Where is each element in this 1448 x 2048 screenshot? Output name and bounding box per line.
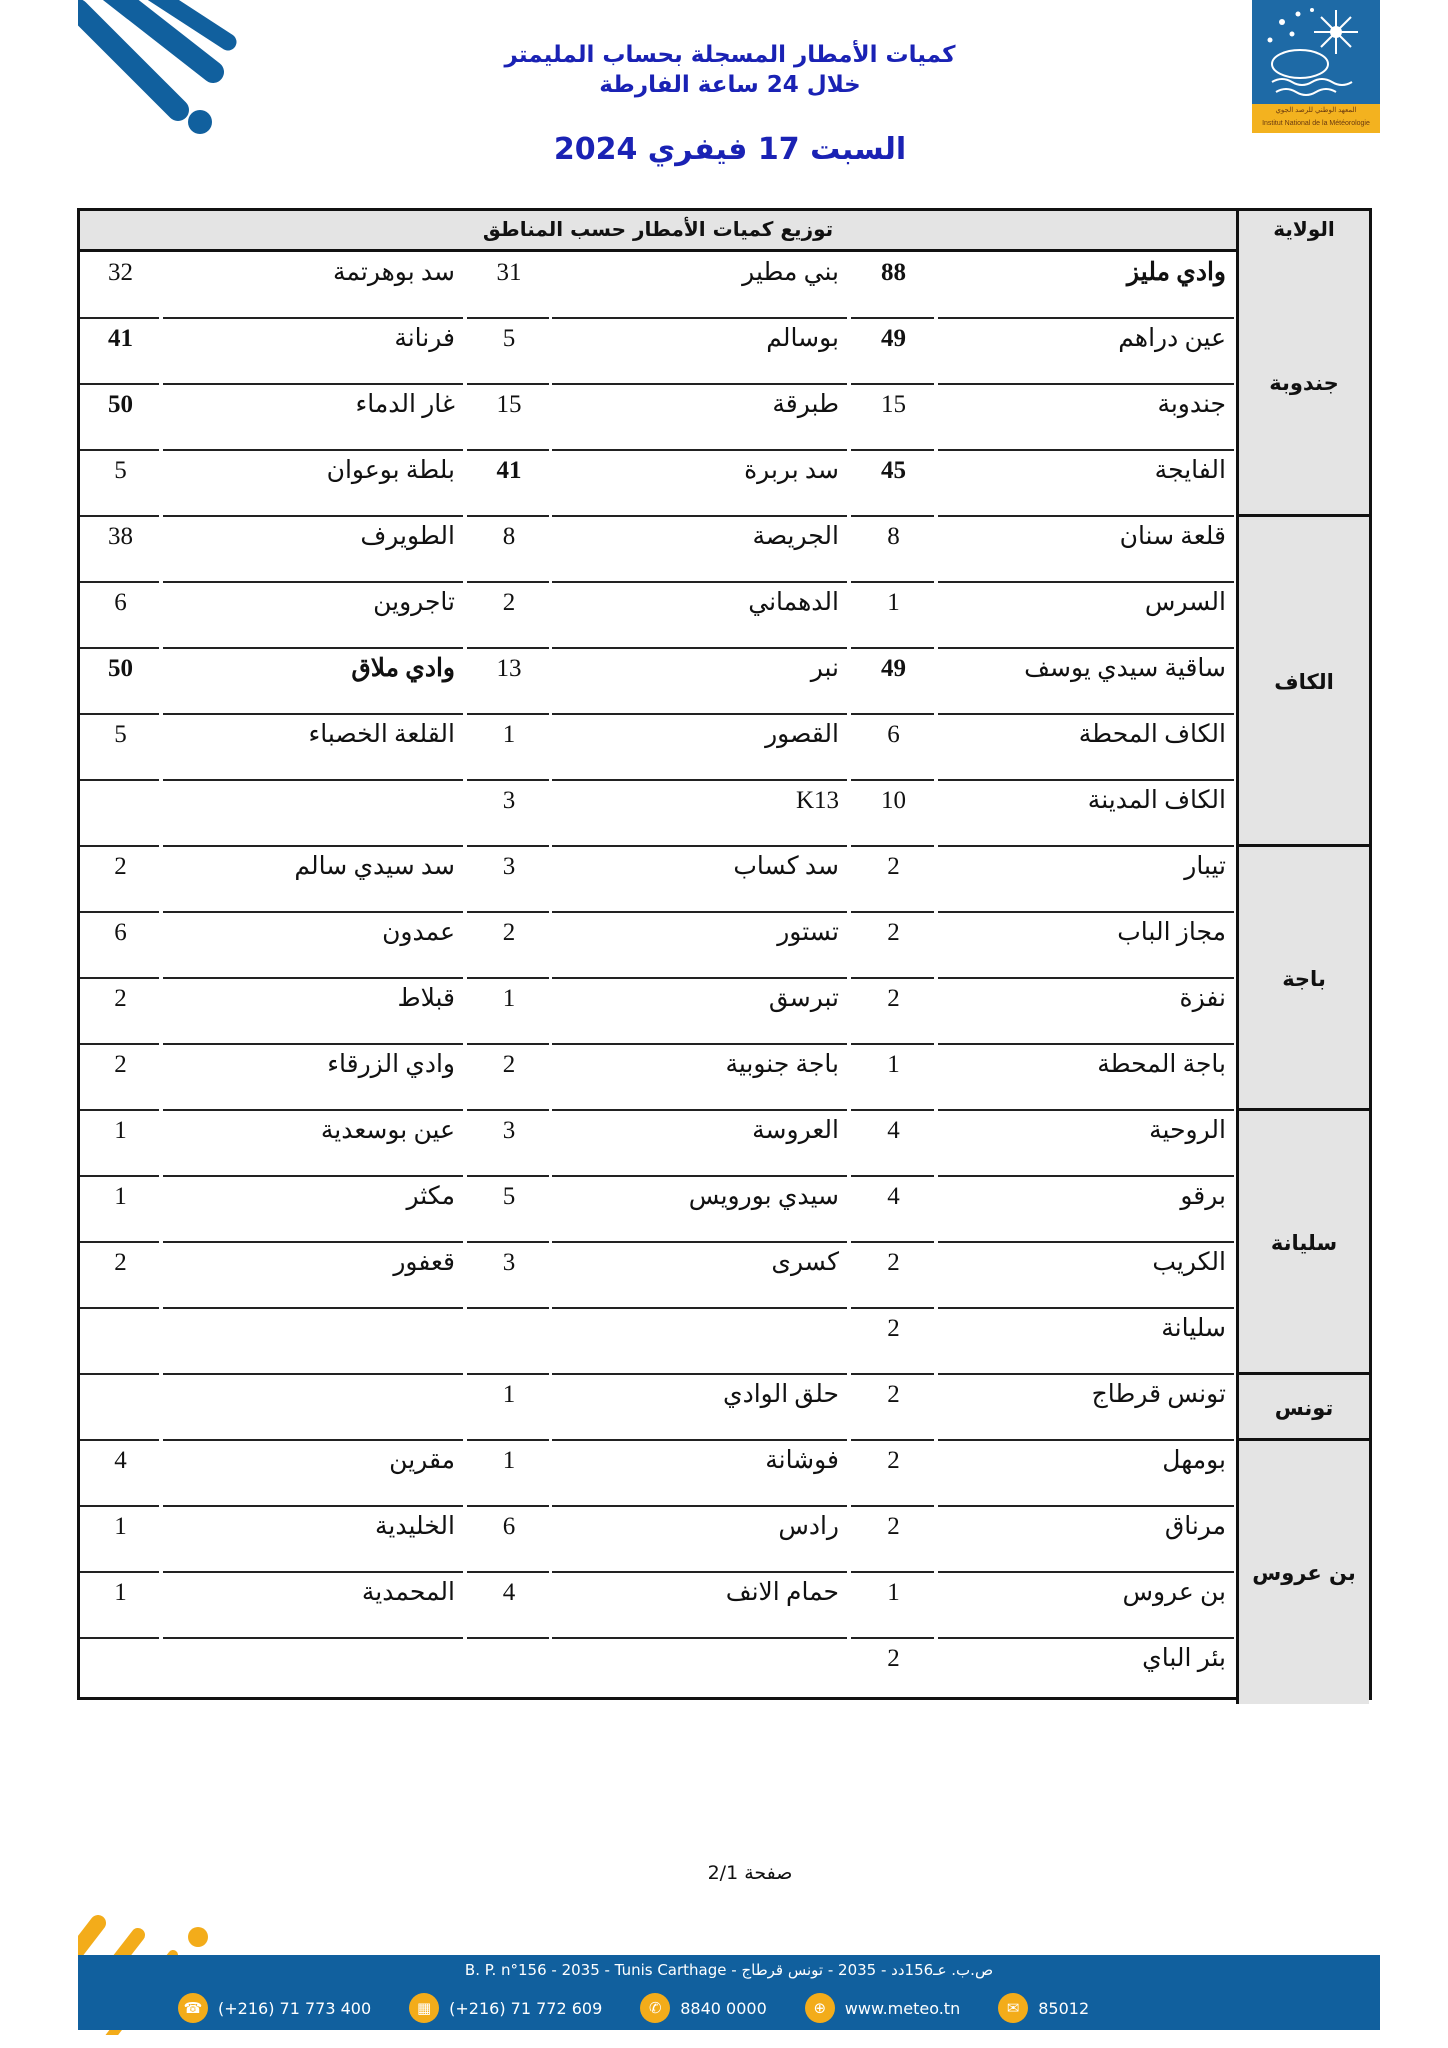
station-name: بني مطير (552, 258, 839, 288)
row-divider (938, 1175, 1234, 1177)
rainfall-value: 1 (851, 588, 936, 618)
phone-icon: ☎ (178, 1993, 208, 2023)
station-name: نفزة (938, 984, 1226, 1014)
row-divider (851, 977, 934, 979)
rainfall-value: 2 (80, 984, 161, 1014)
row-divider (80, 581, 159, 583)
row-divider (163, 1439, 463, 1441)
row-divider (80, 977, 159, 979)
row-divider (552, 383, 847, 385)
rainfall-value: 15 (851, 390, 936, 420)
row-divider (163, 1505, 463, 1507)
row-divider (938, 1505, 1234, 1507)
row-divider (467, 713, 549, 715)
row-divider (851, 1373, 934, 1375)
rainfall-value: 1 (80, 1578, 161, 1608)
table-row: سليانة2 (80, 1308, 1369, 1374)
rainfall-value: 88 (851, 258, 936, 288)
table-row: الكريب2كسرى3قعفور2 (80, 1242, 1369, 1308)
row-divider (552, 1109, 847, 1111)
rainfall-value: 5 (80, 720, 161, 750)
governorate-cell: جندوبة (1236, 249, 1369, 516)
table-row: عين دراهم49بوسالم5فرنانة41 (80, 318, 1369, 384)
header-wilaya: الولاية (1236, 211, 1369, 249)
table-row: جندوبة15طبرقة15غار الدماء50 (80, 384, 1369, 450)
table-row: برقو4سيدي بورويس5مكثر1 (80, 1176, 1369, 1242)
rainfall-value: 1 (80, 1512, 161, 1542)
row-divider (552, 1505, 847, 1507)
station-name: المحمدية (163, 1578, 455, 1608)
row-divider (80, 383, 159, 385)
row-divider (552, 1439, 847, 1441)
row-divider (163, 713, 463, 715)
station-name: مرناق (938, 1512, 1226, 1542)
rainfall-value: 2 (851, 1248, 936, 1278)
rainfall-value: 1 (851, 1578, 936, 1608)
row-divider (552, 1307, 847, 1309)
row-divider (851, 581, 934, 583)
station-name: فوشانة (552, 1446, 839, 1476)
rainfall-value: 3 (467, 1116, 551, 1146)
station-name: مكثر (163, 1182, 455, 1212)
row-divider (851, 911, 934, 913)
row-divider (163, 647, 463, 649)
header-zones: توزيع كميات الأمطار حسب المناطق (80, 211, 1236, 249)
report-title: كميات الأمطار المسجلة بحساب المليمتر خلا… (380, 40, 1080, 100)
station-name: تيبار (938, 852, 1226, 882)
table-row: تونس قرطاج2حلق الوادي1 (80, 1374, 1369, 1440)
station-name: مقرين (163, 1446, 455, 1476)
row-divider (467, 449, 549, 451)
row-divider (552, 1175, 847, 1177)
row-divider (467, 383, 549, 385)
snowflake-sun-icon (1252, 0, 1380, 104)
rainfall-value: 2 (80, 1050, 161, 1080)
rainfall-value: 1 (467, 984, 551, 1014)
rainfall-value: 3 (467, 852, 551, 882)
footer-address: B. P. n°156 - 2035 - Tunis Carthage - ص.… (78, 1961, 1380, 1979)
rainfall-value: 1 (467, 1446, 551, 1476)
rainfall-value: 32 (80, 258, 161, 288)
sms-icon: ✉ (998, 1993, 1028, 2023)
row-divider (851, 1637, 934, 1639)
row-divider (938, 1307, 1234, 1309)
row-divider (163, 977, 463, 979)
row-divider (938, 911, 1234, 913)
table-row: الكاف المحطة6القصور1القلعة الخصباء5 (80, 714, 1369, 780)
rainfall-value: 4 (851, 1182, 936, 1212)
rainfall-value: 2 (467, 588, 551, 618)
title-line-1: كميات الأمطار المسجلة بحساب المليمتر (380, 40, 1080, 70)
row-divider (467, 647, 549, 649)
row-divider (938, 977, 1234, 979)
table-row: نفزة2تبرسق1قبلاط2 (80, 978, 1369, 1044)
row-divider (163, 515, 463, 517)
row-divider (80, 1109, 159, 1111)
rainfall-value: 1 (467, 1380, 551, 1410)
row-divider (80, 1307, 159, 1309)
row-divider (851, 1505, 934, 1507)
rainfall-value: 2 (851, 1512, 936, 1542)
governorate-cell: بن عروس (1236, 1438, 1369, 1704)
row-divider (467, 1571, 549, 1573)
row-divider (938, 1109, 1234, 1111)
rainfall-value: 2 (851, 1380, 936, 1410)
rainfall-value: 4 (467, 1578, 551, 1608)
page-number: صفحة 2/1 (600, 1862, 900, 1884)
row-divider (467, 1043, 549, 1045)
station-name: الكريب (938, 1248, 1226, 1278)
row-divider (163, 845, 463, 847)
row-divider (938, 515, 1234, 517)
row-divider (938, 1637, 1234, 1639)
row-divider (163, 911, 463, 913)
rainfall-value: 4 (851, 1116, 936, 1146)
row-divider (467, 515, 549, 517)
station-name: السرس (938, 588, 1226, 618)
row-divider (80, 1373, 159, 1375)
rainfall-value: 2 (467, 1050, 551, 1080)
title-line-2: خلال 24 ساعة الفارطة (380, 70, 1080, 100)
station-name: فرنانة (163, 324, 455, 354)
rainfall-value: 4 (80, 1446, 161, 1476)
row-divider (80, 317, 159, 319)
station-name: بلطة بوعوان (163, 456, 455, 486)
report-date: السبت 17 فيفري 2024 (480, 132, 980, 167)
station-name: القصور (552, 720, 839, 750)
footer-contact-text: www.meteo.tn (845, 1999, 960, 2018)
row-divider (163, 1043, 463, 1045)
row-divider (80, 845, 159, 847)
row-divider (938, 845, 1234, 847)
footer-contact-text: 8840 0000 (680, 1999, 767, 2018)
hotline-icon: ✆ (640, 1993, 670, 2023)
footer-contact-item[interactable]: ⊕www.meteo.tn (805, 1993, 960, 2023)
row-divider (552, 581, 847, 583)
station-name: وادي ملاق (163, 654, 455, 684)
rainfall-value: 2 (851, 918, 936, 948)
rainfall-value: 49 (851, 324, 936, 354)
table-row: قلعة سنان8الجريصة8الطويرف38 (80, 516, 1369, 582)
rainfall-value: 45 (851, 456, 936, 486)
station-name: بئر الباي (938, 1644, 1226, 1674)
row-divider (851, 779, 934, 781)
station-name: K13 (552, 786, 839, 816)
row-divider (552, 515, 847, 517)
row-divider (467, 1241, 549, 1243)
rainfall-value: 1 (80, 1182, 161, 1212)
row-divider (163, 449, 463, 451)
row-divider (80, 1637, 159, 1639)
row-divider (938, 1043, 1234, 1045)
row-divider (163, 581, 463, 583)
rainfall-value: 1 (467, 720, 551, 750)
row-divider (467, 845, 549, 847)
station-name: تبرسق (552, 984, 839, 1014)
row-divider (80, 1439, 159, 1441)
globe-icon: ⊕ (805, 1993, 835, 2023)
station-name: بومهل (938, 1446, 1226, 1476)
row-divider (163, 383, 463, 385)
row-divider (80, 911, 159, 913)
station-name: الروحية (938, 1116, 1226, 1146)
row-divider (938, 449, 1234, 451)
station-name: رادس (552, 1512, 839, 1542)
row-divider (938, 1439, 1234, 1441)
rainfall-table: توزيع كميات الأمطار حسب المناطق الولاية … (77, 208, 1372, 1700)
governorate-cell: تونس (1236, 1372, 1369, 1440)
rainfall-value: 2 (851, 1446, 936, 1476)
rainfall-value: 1 (80, 1116, 161, 1146)
station-name: تاجروين (163, 588, 455, 618)
rainfall-value: 10 (851, 786, 936, 816)
inm-logo-caption: المعهد الوطني للرصد الجوي Institut Natio… (1252, 104, 1380, 133)
table-row: الروحية4العروسة3عين بوسعدية1 (80, 1110, 1369, 1176)
row-divider (851, 1043, 934, 1045)
station-name: قلعة سنان (938, 522, 1226, 552)
station-name: بوسالم (552, 324, 839, 354)
row-divider (467, 1637, 549, 1639)
station-name: سد بربرة (552, 456, 839, 486)
row-divider (80, 449, 159, 451)
row-divider (938, 647, 1234, 649)
station-name: سد سيدي سالم (163, 852, 455, 882)
footer-contact-text: 85012 (1038, 1999, 1089, 2018)
row-divider (80, 1571, 159, 1573)
rainfall-value: 38 (80, 522, 161, 552)
row-divider (163, 1373, 463, 1375)
footer-contact-item: ▦(+216) 71 772 609 (409, 1993, 602, 2023)
station-name: حلق الوادي (552, 1380, 839, 1410)
row-divider (938, 1571, 1234, 1573)
station-name: وادي مليز (938, 258, 1226, 288)
station-name: قعفور (163, 1248, 455, 1278)
rainfall-value: 2 (851, 1314, 936, 1344)
row-divider (467, 317, 549, 319)
footer-contact-text: (+216) 71 773 400 (218, 1999, 371, 2018)
table-row: باجة المحطة1باجة جنوبية2وادي الزرقاء2 (80, 1044, 1369, 1110)
station-name: وادي الزرقاء (163, 1050, 455, 1080)
row-divider (851, 1175, 934, 1177)
row-divider (163, 779, 463, 781)
station-name: قبلاط (163, 984, 455, 1014)
governorate-cell: سليانة (1236, 1108, 1369, 1374)
rainfall-value: 41 (80, 324, 161, 354)
row-divider (467, 581, 549, 583)
row-divider (467, 779, 549, 781)
rainfall-value: 8 (851, 522, 936, 552)
station-name: سد كساب (552, 852, 839, 882)
row-divider (467, 1439, 549, 1441)
governorate-cell: باجة (1236, 844, 1369, 1110)
row-divider (163, 1571, 463, 1573)
row-divider (938, 581, 1234, 583)
table-row: ساقية سيدي يوسف49نبر13وادي ملاق50 (80, 648, 1369, 714)
governorate-cell: الكاف (1236, 514, 1369, 846)
footer-contact-item: ☎(+216) 71 773 400 (178, 1993, 371, 2023)
row-divider (552, 779, 847, 781)
station-name: برقو (938, 1182, 1226, 1212)
row-divider (467, 1307, 549, 1309)
rainfall-value: 2 (80, 1248, 161, 1278)
station-name: عين دراهم (938, 324, 1226, 354)
row-divider (552, 1571, 847, 1573)
inm-caption-ar: المعهد الوطني للرصد الجوي (1252, 104, 1380, 117)
row-divider (851, 713, 934, 715)
station-name: نبر (552, 654, 839, 684)
row-divider (467, 977, 549, 979)
table-row: السرس1الدهماني2تاجروين6 (80, 582, 1369, 648)
fax-icon: ▦ (409, 1993, 439, 2023)
row-divider (467, 911, 549, 913)
station-name: باجة جنوبية (552, 1050, 839, 1080)
inm-caption-fr: Institut National de la Météorologie (1252, 117, 1380, 130)
footer-contacts: ☎(+216) 71 773 400▦(+216) 71 772 609✆884… (178, 1993, 1089, 2023)
table-row: مرناق2رادس6الخليدية1 (80, 1506, 1369, 1572)
row-divider (80, 1175, 159, 1177)
row-divider (552, 1241, 847, 1243)
rainfall-value: 2 (851, 852, 936, 882)
row-divider (163, 1109, 463, 1111)
station-name: سيدي بورويس (552, 1182, 839, 1212)
rainfall-value: 6 (851, 720, 936, 750)
row-divider (552, 977, 847, 979)
row-divider (467, 1373, 549, 1375)
row-divider (80, 1505, 159, 1507)
row-divider (938, 779, 1234, 781)
inm-logo-emblem (1252, 0, 1380, 104)
station-name: الخليدية (163, 1512, 455, 1542)
row-divider (163, 1241, 463, 1243)
station-name: العروسة (552, 1116, 839, 1146)
row-divider (467, 1109, 549, 1111)
station-name: الفايجة (938, 456, 1226, 486)
row-divider (851, 647, 934, 649)
rainfall-value: 6 (80, 588, 161, 618)
station-name: الطويرف (163, 522, 455, 552)
table-row: الفايجة45سد بربرة41بلطة بوعوان5 (80, 450, 1369, 516)
rainfall-value: 2 (851, 984, 936, 1014)
row-divider (851, 845, 934, 847)
row-divider (552, 911, 847, 913)
row-divider (80, 779, 159, 781)
row-divider (938, 713, 1234, 715)
rainfall-value: 6 (80, 918, 161, 948)
station-name: غار الدماء (163, 390, 455, 420)
rainfall-value: 2 (851, 1644, 936, 1674)
row-divider (851, 1109, 934, 1111)
row-divider (938, 1241, 1234, 1243)
row-divider (552, 713, 847, 715)
row-divider (851, 1439, 934, 1441)
footer-contact-bar: B. P. n°156 - 2035 - Tunis Carthage - ص.… (78, 1955, 1380, 2030)
rainfall-value: 1 (851, 1050, 936, 1080)
row-divider (80, 647, 159, 649)
row-divider (938, 383, 1234, 385)
row-divider (552, 1043, 847, 1045)
rainfall-value: 2 (80, 852, 161, 882)
rainfall-value: 31 (467, 258, 551, 288)
station-name: الكاف المدينة (938, 786, 1226, 816)
row-divider (467, 1175, 549, 1177)
row-divider (552, 1637, 847, 1639)
row-divider (851, 1571, 934, 1573)
row-divider (851, 449, 934, 451)
row-divider (851, 1307, 934, 1309)
row-divider (80, 1043, 159, 1045)
table-row: تيبار2سد كساب3سد سيدي سالم2 (80, 846, 1369, 912)
station-name: عمدون (163, 918, 455, 948)
rainfall-value: 3 (467, 786, 551, 816)
row-divider (552, 1373, 847, 1375)
table-row: بئر الباي2 (80, 1638, 1369, 1704)
rainfall-value: 5 (80, 456, 161, 486)
rainfall-value: 5 (467, 1182, 551, 1212)
station-name: مجاز الباب (938, 918, 1226, 948)
row-divider (80, 713, 159, 715)
station-name: تونس قرطاج (938, 1380, 1226, 1410)
station-name: باجة المحطة (938, 1050, 1226, 1080)
table-row: وادي مليز88بني مطير31سد بوهرتمة32 (80, 252, 1369, 318)
table-row: بن عروس1حمام الانف4المحمدية1 (80, 1572, 1369, 1638)
station-name: حمام الانف (552, 1578, 839, 1608)
footer-contact-item: ✆8840 0000 (640, 1993, 767, 2023)
row-divider (467, 1505, 549, 1507)
table-row: الكاف المدينة10K133 (80, 780, 1369, 846)
station-name: الجريصة (552, 522, 839, 552)
rainfall-value: 5 (467, 324, 551, 354)
rainfall-value: 41 (467, 456, 551, 486)
row-divider (851, 383, 934, 385)
row-divider (552, 317, 847, 319)
row-divider (552, 449, 847, 451)
rainfall-value: 50 (80, 390, 161, 420)
rainfall-value: 15 (467, 390, 551, 420)
row-divider (851, 515, 934, 517)
row-divider (552, 647, 847, 649)
row-divider (80, 1241, 159, 1243)
rainfall-value: 3 (467, 1248, 551, 1278)
station-name: سليانة (938, 1314, 1226, 1344)
row-divider (163, 1175, 463, 1177)
rainfall-value: 6 (467, 1512, 551, 1542)
table-row: بومهل2فوشانة1مقرين4 (80, 1440, 1369, 1506)
row-divider (163, 1637, 463, 1639)
rainfall-value: 49 (851, 654, 936, 684)
row-divider (80, 515, 159, 517)
footer-contact-item: ✉85012 (998, 1993, 1089, 2023)
rainfall-value: 8 (467, 522, 551, 552)
decorative-stripes-logo (78, 0, 238, 135)
station-name: الدهماني (552, 588, 839, 618)
station-name: عين بوسعدية (163, 1116, 455, 1146)
row-divider (163, 317, 463, 319)
station-name: جندوبة (938, 390, 1226, 420)
rainfall-value: 2 (467, 918, 551, 948)
station-name: الكاف المحطة (938, 720, 1226, 750)
table-body: وادي مليز88بني مطير31سد بوهرتمة32عين درا… (80, 252, 1369, 1704)
station-name: تستور (552, 918, 839, 948)
row-divider (851, 317, 934, 319)
station-name: ساقية سيدي يوسف (938, 654, 1226, 684)
inm-logo: المعهد الوطني للرصد الجوي Institut Natio… (1252, 0, 1380, 133)
station-name: كسرى (552, 1248, 839, 1278)
station-name: بن عروس (938, 1578, 1226, 1608)
station-name: القلعة الخصباء (163, 720, 455, 750)
rainfall-value: 50 (80, 654, 161, 684)
table-header: توزيع كميات الأمطار حسب المناطق الولاية (80, 211, 1369, 252)
row-divider (851, 1241, 934, 1243)
